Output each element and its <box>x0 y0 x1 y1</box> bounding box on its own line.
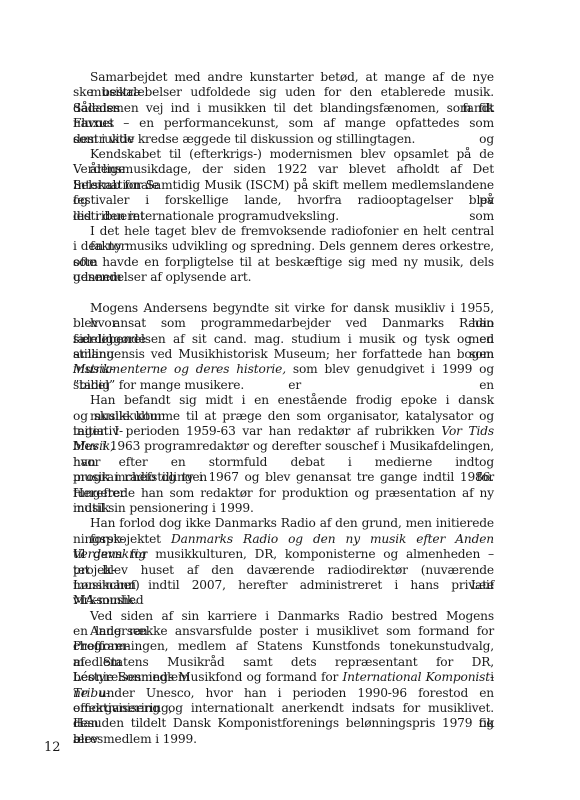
text-line: ne under Unesco, hvor han i perioden 199… <box>73 686 494 701</box>
text-line: til gavn for musikkulturen, DR, komponis… <box>73 547 494 562</box>
text-segment: tager. I perioden 1959-63 var han redakt… <box>73 424 441 438</box>
text-line: i den ny musiks udvikling og spredning. … <box>73 239 494 254</box>
text-line: udsendelser af oplysende art. <box>73 270 494 285</box>
text-line: indtil sin pensionering i 1999. <box>73 501 494 516</box>
text-line: Samarbejdet med andre kunstarter betød, … <box>73 70 494 85</box>
text-segment: Léonie Sonnings Musikfond og formand for <box>73 670 342 684</box>
text-line: Lønsmann indtil 2007, herefter administr… <box>73 578 494 593</box>
paragraph-5: Han befandt sig midt i en enestående fro… <box>73 393 494 516</box>
text-line: Kendskabet til (efterkrigs-) modernismen… <box>73 147 494 162</box>
text-line: Selskab for Samtidig Musik (ISCM) på ski… <box>73 178 494 193</box>
text-line: æresmedlem i 1999. <box>73 732 494 747</box>
section-break <box>73 285 494 300</box>
text-line: amanuensis ved Musikhistorisk Museum; he… <box>73 347 494 362</box>
tribune-title: ne <box>73 686 88 700</box>
text-line: Han forlod dog ikke Danmarks Radio af de… <box>73 516 494 531</box>
text-line: ske bestræbelser udfoldede sig uden for … <box>73 85 494 100</box>
text-line: han efter en stormfuld debat i medierne … <box>73 455 494 470</box>
text-segment: ningsprojektet <box>73 532 171 546</box>
text-line: festivaler i forskellige lande, hvorfra … <box>73 193 494 208</box>
text-line: fungerede han som redaktør for produktio… <box>73 486 494 501</box>
page-number: 12 <box>44 740 61 755</box>
text-line: Han befandt sig midt i en enestående fro… <box>73 393 494 408</box>
text-line: Fluxus – en performancekunst, som af man… <box>73 116 494 131</box>
text-line: ofte havde en forpligtelse til at beskæf… <box>73 255 494 270</box>
text-segment: amanuensis ved Musikhistorisk Museum; he… <box>73 347 494 361</box>
paragraph-2: Kendskabet til (efterkrigs-) modernismen… <box>73 147 494 224</box>
text-line: en lang række ansvarsfulde poster i musi… <box>73 624 494 639</box>
text-line: I det hele taget blev de fremvoksende ra… <box>73 224 494 239</box>
book-title: instrumenterne og deres historie, <box>73 362 286 376</box>
paragraph-3: I det hele taget blev de fremvoksende ra… <box>73 224 494 286</box>
text-line: instrumenterne og deres historie, som bl… <box>73 362 494 377</box>
paragraph-7: Ved siden af sin karriere i Danmarks Rad… <box>73 609 494 748</box>
document-page: Samarbejdet med andre kunstarter betød, … <box>0 0 580 800</box>
text-line: blev ansat som programmedarbejder ved Da… <box>73 316 494 331</box>
text-line: tet blev huset af den daværende radiodir… <box>73 563 494 578</box>
text-line: Léonie Sonnings Musikfond og formand for… <box>73 670 494 685</box>
text-line: Mogens Andersens begyndte sit virke for … <box>73 301 494 316</box>
text-line: MA-musik. <box>73 593 494 608</box>
text-line: Verdensmusikdage, der siden 1922 var ble… <box>73 162 494 177</box>
body-text: Samarbejdet med andre kunstarter betød, … <box>73 70 494 747</box>
text-line: ningsprojektet Danmarks Radio og den ny … <box>73 532 494 547</box>
text-line: chefforeningen, medlem af Statens Kunstf… <box>73 639 494 654</box>
text-line: og skulle komme til at præge den som org… <box>73 409 494 424</box>
paragraph-1: Samarbejdet med andre kunstarter betød, … <box>73 70 494 147</box>
text-line: musik i radio og tv i 1967 og blev genan… <box>73 470 494 485</box>
paragraph-4: Mogens Andersens begyndte sit virke for … <box>73 301 494 393</box>
text-line: færdiggørelsen af sit cand. mag. studium… <box>73 332 494 347</box>
text-line: dadaismen vej ind i musikken til det bla… <box>73 101 494 116</box>
text-line: effektivisering og internationalt anerke… <box>73 701 494 716</box>
paragraph-6: Han forlod dog ikke Danmarks Radio af de… <box>73 516 494 608</box>
text-line: Ved siden af sin karriere i Danmarks Rad… <box>73 609 494 624</box>
text-line: blev i 1963 programredaktør og derefter … <box>73 439 494 454</box>
text-line: tager. I perioden 1959-63 var han redakt… <box>73 424 494 439</box>
text-line: af Statens Musikråd samt dets repræsenta… <box>73 655 494 670</box>
text-line: desuden tildelt Dansk Komponistforenings… <box>73 716 494 731</box>
